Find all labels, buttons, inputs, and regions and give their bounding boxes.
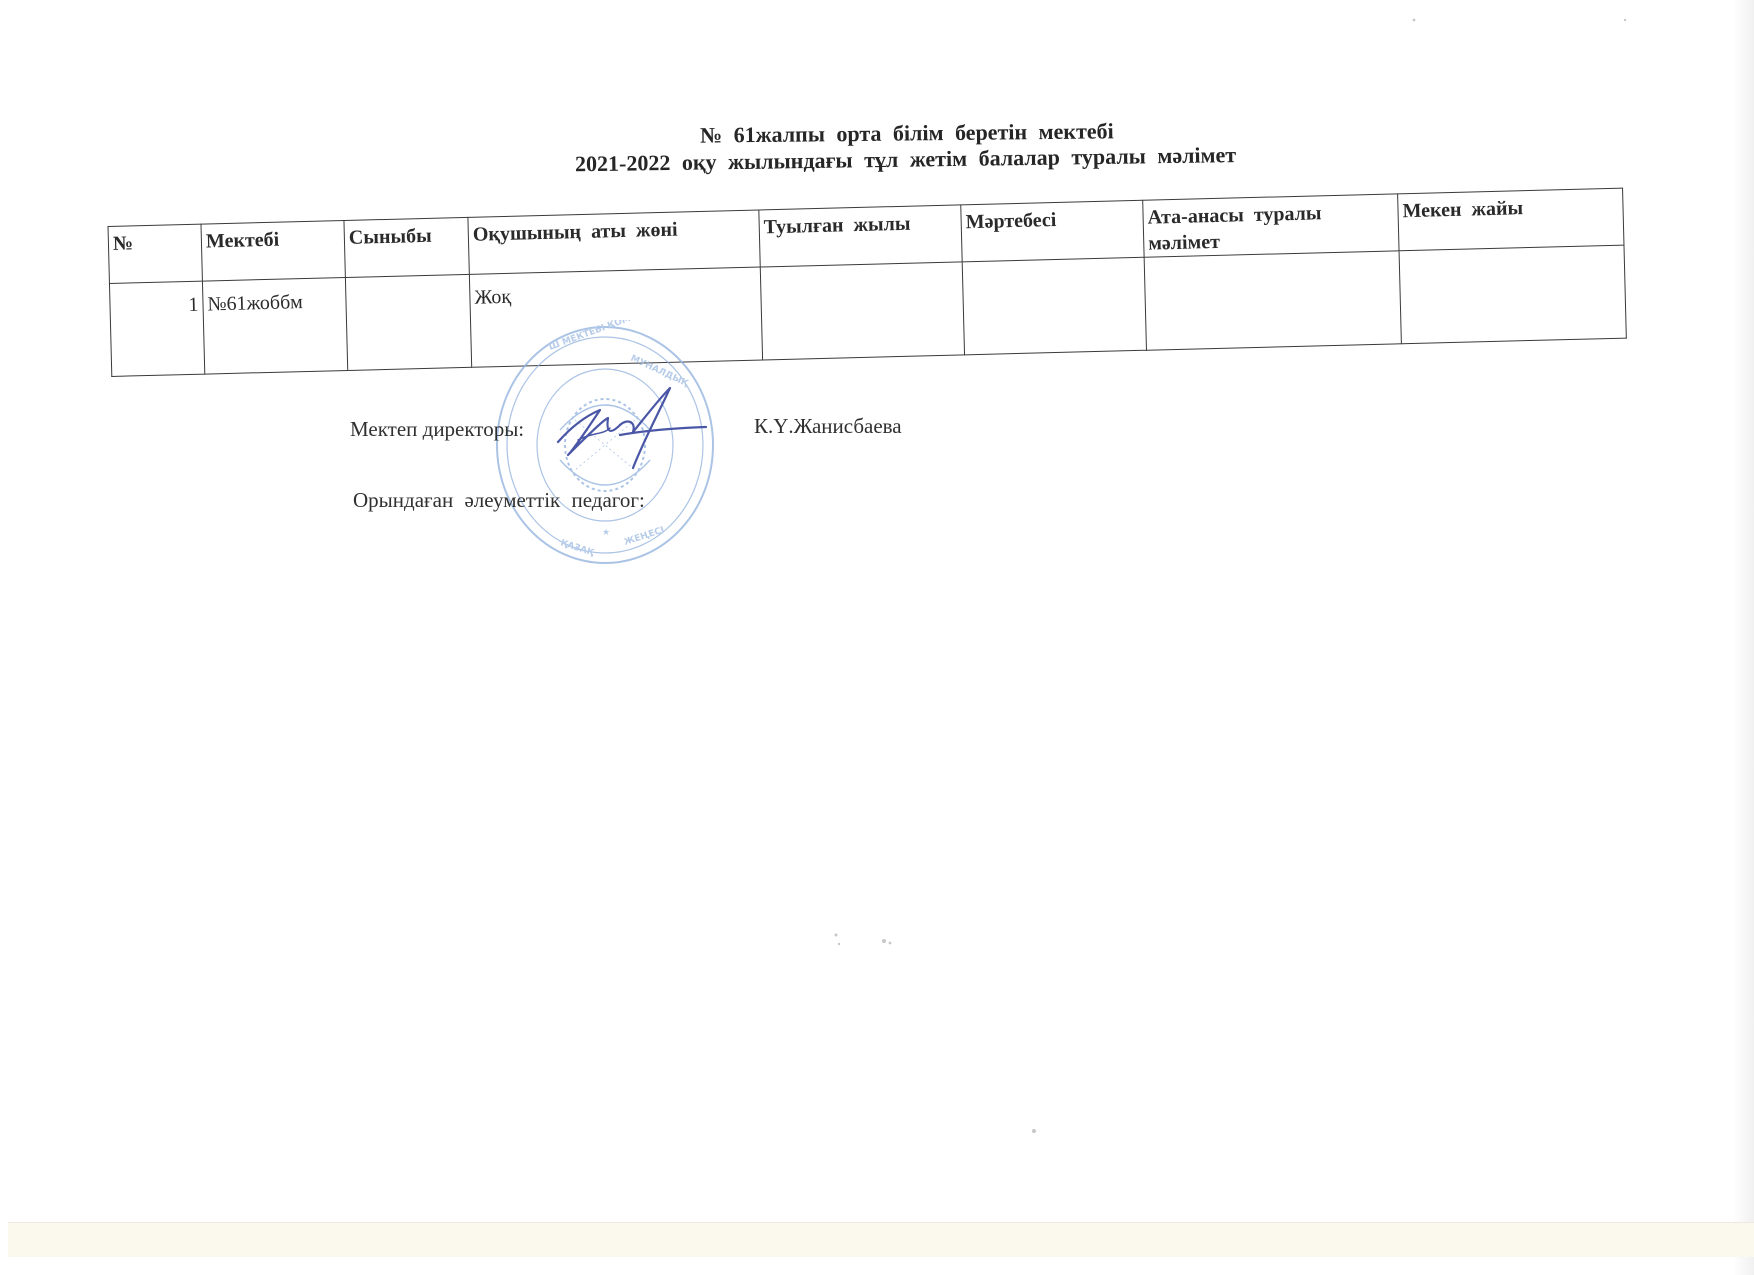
- director-signature-icon: [548, 380, 708, 480]
- cell-student-name: Жоқ: [469, 267, 762, 367]
- column-header-class: Сыныбы: [344, 217, 469, 277]
- column-header-birth-year: Туылған жылы: [759, 205, 962, 267]
- svg-text:ЖЕҢЕСІ: ЖЕҢЕСІ: [623, 525, 666, 547]
- orphans-table-container: № Мектебі Сыныбы Оқушының аты жөні Туылғ…: [108, 188, 1626, 377]
- column-header-school: Мектебі: [201, 221, 345, 282]
- svg-text:★: ★: [602, 528, 610, 538]
- report-title: 2021-2022 оқу жылындағы тұл жетім балала…: [575, 139, 1335, 179]
- social-pedagogue-label: Орындаған әлеуметтік педагог:: [353, 488, 645, 513]
- scanned-document-page: № 61жалпы орта білім беретін мектебі 202…: [0, 0, 1754, 1275]
- cell-birth-year: [760, 262, 964, 360]
- column-header-address: Мекен жайы: [1398, 188, 1624, 251]
- cell-school: №61жоббм: [202, 277, 347, 374]
- scan-edge-shadow: [1732, 0, 1754, 1275]
- scan-bottom-strip: [8, 1222, 1754, 1257]
- column-header-parents-info: Ата-анасы туралы мәлімет: [1143, 194, 1399, 257]
- cell-parents-info: [1144, 251, 1401, 350]
- director-label: Мектеп директоры:: [350, 417, 524, 442]
- column-header-student-name: Оқушының аты жөні: [468, 210, 760, 274]
- director-name: К.Ү.Жанисбаева: [754, 414, 902, 439]
- cell-status: [962, 257, 1146, 355]
- orphans-table: № Мектебі Сыныбы Оқушының аты жөні Туылғ…: [108, 188, 1627, 377]
- cell-address: [1399, 245, 1626, 344]
- cell-class: [345, 274, 471, 370]
- cell-number: 1: [109, 281, 204, 376]
- column-header-status: Мәртебесі: [961, 200, 1144, 262]
- svg-text:ҚАЗАҚ: ҚАЗАҚ: [559, 538, 596, 558]
- column-header-number: №: [108, 224, 202, 283]
